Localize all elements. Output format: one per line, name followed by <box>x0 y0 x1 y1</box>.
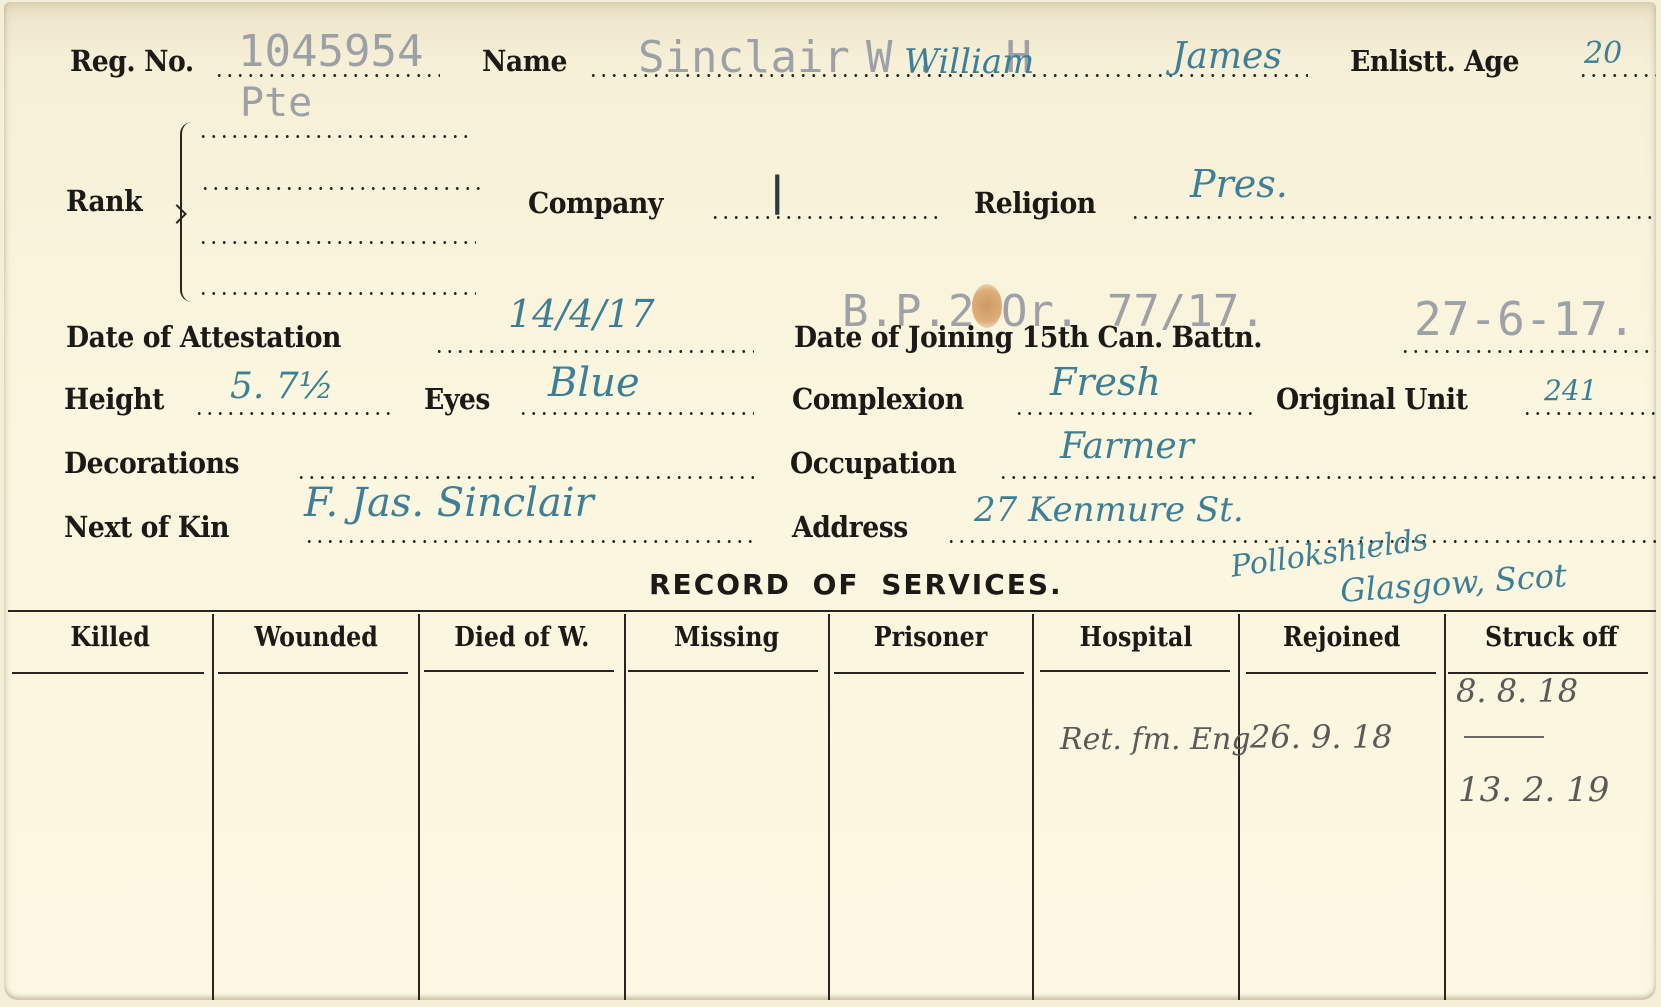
header-rule-wounded <box>218 672 408 674</box>
name-handwritten-first: William <box>904 42 1034 82</box>
eyes-value: Blue <box>548 360 640 406</box>
rank-line-1 <box>198 135 474 138</box>
reg-no-label: Reg. No. <box>70 44 194 78</box>
column-header-prisoner: Prisoner <box>830 622 1032 662</box>
header-rule-killed <box>12 672 204 674</box>
date-of-attestation-label: Date of Attestation <box>66 320 341 354</box>
column-divider-3 <box>624 614 626 1000</box>
decorations-dotted-line <box>296 476 754 479</box>
complexion-label: Complexion <box>792 382 964 416</box>
date-of-attestation-value: 14/4/17 <box>508 292 655 336</box>
table-top-rule <box>8 610 1656 612</box>
complexion-value: Fresh <box>1050 360 1161 404</box>
enlist-age-label: Enlistt. Age <box>1350 44 1519 78</box>
height-label: Height <box>64 382 164 416</box>
address-line-1: 27 Kenmure St. <box>974 490 1244 530</box>
original-unit-value: 241 <box>1544 374 1597 407</box>
original-unit-label: Original Unit <box>1276 382 1467 416</box>
column-header-missing: Missing <box>626 622 828 662</box>
column-header-hospital: Hospital <box>1034 622 1238 662</box>
service-record-card: Reg. No. 1045954 Name Sinclair W. H Will… <box>4 2 1656 1000</box>
header-rule-rejoined <box>1246 672 1436 674</box>
name-typed-surname: Sinclair <box>638 32 850 83</box>
company-value: | <box>770 168 785 215</box>
column-divider-1 <box>212 614 214 1000</box>
struck-off-entry-2: 13. 2. 19 <box>1458 770 1609 810</box>
religion-label: Religion <box>974 186 1096 220</box>
rank-label: Rank <box>66 184 142 218</box>
original-unit-dotted-line <box>1522 412 1656 415</box>
struck-off-entry-1: 8. 8. 18 <box>1456 672 1578 710</box>
rejoined-entry: 26. 9. 18 <box>1250 718 1392 756</box>
address-label: Address <box>792 510 908 544</box>
date-of-joining-value: 27-6-17. <box>1414 292 1636 346</box>
header-rule-hospital <box>1040 670 1230 672</box>
eyes-label: Eyes <box>424 382 490 416</box>
religion-value: Pres. <box>1190 162 1288 206</box>
age-dotted-line <box>1578 74 1656 77</box>
column-divider-5 <box>1032 614 1034 1000</box>
eyes-dotted-line <box>518 412 754 415</box>
joining-dotted-line <box>1400 350 1656 353</box>
occupation-label: Occupation <box>790 446 956 480</box>
column-divider-4 <box>828 614 830 1000</box>
column-header-killed: Killed <box>8 622 212 662</box>
height-value: 5. 7½ <box>230 366 334 407</box>
complexion-dotted-line <box>1014 412 1252 415</box>
header-rule-missing <box>628 670 818 672</box>
decorations-label: Decorations <box>64 446 239 480</box>
rank-line-3 <box>198 241 476 244</box>
next-of-kin-label: Next of Kin <box>64 510 229 544</box>
rank-value: Pte <box>240 80 312 126</box>
column-header-struck-off: Struck off <box>1446 622 1656 662</box>
struck-off-separator <box>1464 736 1544 738</box>
rank-line-2 <box>200 187 482 190</box>
name-label: Name <box>482 44 567 78</box>
name-handwritten-middle: James <box>1172 36 1282 77</box>
header-rule-prisoner <box>834 672 1024 674</box>
column-header-wounded: Wounded <box>214 622 418 662</box>
header-rule-died <box>424 670 614 672</box>
occupation-dotted-line <box>998 476 1656 479</box>
column-divider-7 <box>1444 614 1446 1000</box>
column-header-rejoined: Rejoined <box>1240 622 1444 662</box>
religion-dotted-line <box>1130 216 1656 219</box>
attestation-dotted-line <box>434 350 754 353</box>
next-of-kin-value: F. Jas. Sinclair <box>304 480 594 526</box>
hospital-entry: Ret. fm. Eng <box>1060 722 1251 757</box>
enlist-age-value: 20 <box>1584 36 1622 71</box>
next-of-kin-dotted-line <box>304 540 754 543</box>
company-label: Company <box>528 186 663 220</box>
column-divider-6 <box>1238 614 1240 1000</box>
date-of-joining-label: Date of Joining 15th Can. Battn. <box>794 320 1262 354</box>
occupation-value: Farmer <box>1060 426 1194 467</box>
column-header-died-of-wounds: Died of W. <box>420 622 624 662</box>
company-dotted-line <box>710 216 940 219</box>
rank-line-4 <box>198 292 476 295</box>
record-of-services-title: RECORD OF SERVICES. <box>649 568 1063 601</box>
height-dotted-line <box>194 412 394 415</box>
column-divider-2 <box>418 614 420 1000</box>
reg-no-value: 1045954 <box>238 26 423 77</box>
